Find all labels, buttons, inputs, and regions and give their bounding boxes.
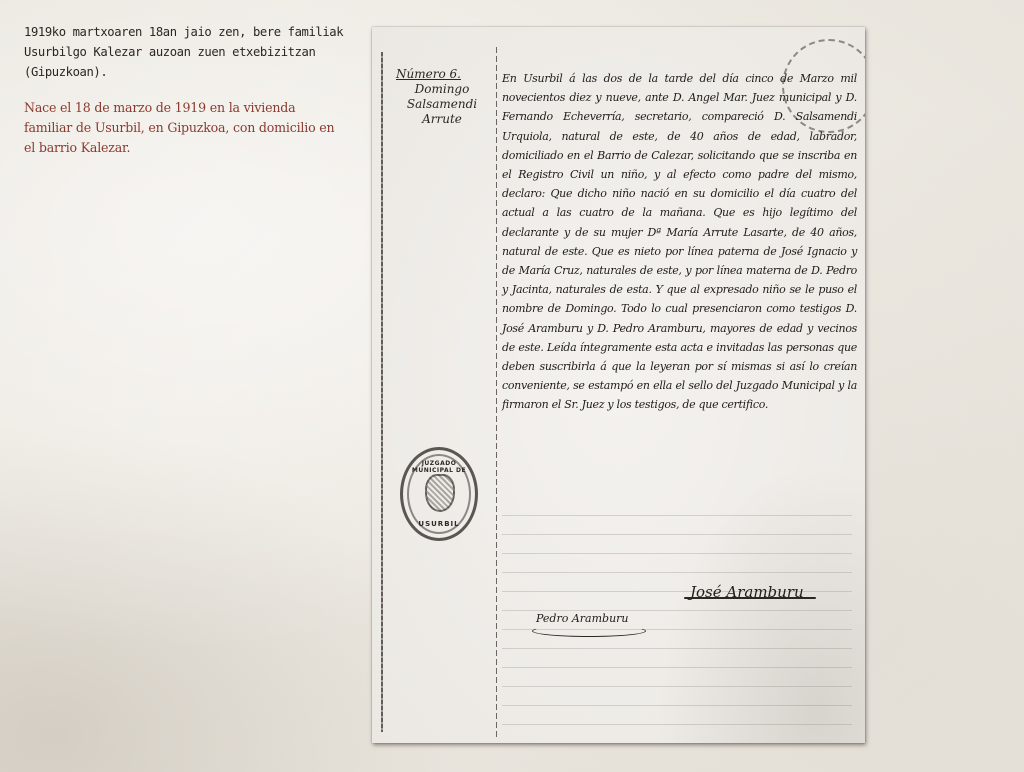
margin-divider-rule [496, 47, 497, 737]
margin-note-surname-2: Arrute [392, 112, 492, 127]
caption-basque: 1919ko martxoaren 18an jaio zen, bere fa… [24, 22, 344, 82]
coat-of-arms-icon [425, 474, 455, 512]
seal-top-text: JUZGADO MUNICIPAL DE [403, 460, 475, 474]
signature-underline [684, 597, 816, 599]
birth-certificate-image: Número 6. Domingo Salsamendi Arrute En U… [372, 27, 865, 743]
record-number: Número 6. [392, 67, 492, 82]
margin-note-given-name: Domingo [392, 82, 492, 97]
signature-flourish [532, 625, 646, 637]
margin-note: Número 6. Domingo Salsamendi Arrute [392, 67, 492, 127]
certificate-handwritten-body: En Usurbil á las dos de la tarde del día… [502, 69, 857, 415]
left-margin-rule [381, 52, 383, 732]
signature-pedro-aramburu: Pedro Aramburu [536, 612, 629, 625]
seal-bottom-text: USURBIL [403, 520, 475, 528]
margin-note-surname-1: Salsamendi [392, 97, 492, 112]
caption-spanish: Nace el 18 de marzo de 1919 en la vivien… [24, 98, 344, 158]
municipal-seal-icon: JUZGADO MUNICIPAL DE USURBIL [400, 447, 478, 541]
